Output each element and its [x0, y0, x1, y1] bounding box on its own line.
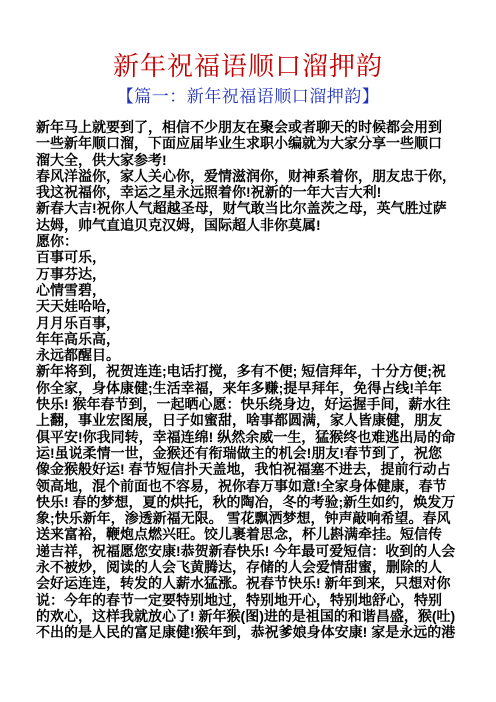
body-line: 你全家，身体康健;生活幸福，来年多赚;提早拜年，免得占线!羊年 [36, 380, 468, 396]
body-line: 月月乐百事， [36, 315, 468, 331]
body-line: 永不被炒，阅读的人会飞黄腾达，存储的人会爱情甜蜜，删除的人 [36, 559, 468, 575]
body-line: 的欢心，这样我就放心了! 新年猴(图)进的是祖国的和谐昌盛，猴(吐) [36, 608, 468, 624]
body-line: 递吉祥，祝福愿您安康!恭贺新春快乐! 今年最可爱短信：收到的人会 [36, 543, 468, 559]
body-line: 达姆，帅气直追贝克汉姆，国际超人非你莫属! [36, 217, 468, 233]
body-line: 溜大全，供大家参考! [36, 152, 468, 168]
section-heading: 【篇一：新年祝福语顺口溜押韵】 [0, 86, 496, 108]
body-line: 快乐! 春的梦想，夏的烘托，秋的陶冶，冬的考验;新生如约，焕发万 [36, 494, 468, 510]
body-line: 快乐! 猴年春节到，一起晒心愿：快乐绕身边，好运握手间，薪水往 [36, 396, 468, 412]
body-line: 俱平安!你我同转，幸福连绵! 纵然余威一生，猛猴终也难逃出局的命 [36, 429, 468, 445]
body-line: 新春大吉!祝你人气超越圣母，财气敢当比尔盖茨之母，英气胜过萨 [36, 200, 468, 216]
document-title: 新年祝福语顺口溜押韵 [0, 50, 496, 84]
body-text: 新年马上就要到了，相信不少朋友在聚会或者聊天的时候都会用到一些新年顺口溜，下面应… [36, 119, 468, 641]
body-line: 象;快乐新年，渗透新福无限。 雪花飘洒梦想，钟声敲响希望。春风 [36, 510, 468, 526]
body-line: 运!虽说柔情一世，金猴还有衔瑞做主的机会!朋友!春节到了，祝您 [36, 445, 468, 461]
body-line: 领高地，混个前面也不容易，祝你春万事如意!全家身体健康，春节 [36, 478, 468, 494]
body-line: 一些新年顺口溜，下面应届毕业生求职小编就为大家分享一些顺口 [36, 135, 468, 151]
body-line: 新年马上就要到了，相信不少朋友在聚会或者聊天的时候都会用到 [36, 119, 468, 135]
body-line: 春风洋溢你，家人关心你，爱情滋润你，财神系着你，朋友忠于你， [36, 168, 468, 184]
body-line: 不出的是人民的富足康健!猴年到，恭祝爹娘身体安康! 家是永远的港 [36, 624, 468, 640]
body-line: 我这祝福你，幸运之星永远照着你!祝新的一年大吉大利! [36, 184, 468, 200]
body-line: 心情雪碧， [36, 282, 468, 298]
body-line: 上翻，事业宏图展，日子如蜜甜，啥事都圆满，家人皆康健，朋友 [36, 412, 468, 428]
body-line: 新年将到，祝贺连连;电话打搅，多有不便; 短信拜年，十分方便;祝 [36, 363, 468, 379]
body-line: 年年高乐高， [36, 331, 468, 347]
body-line: 永远都醒目。 [36, 347, 468, 363]
body-line: 百事可乐， [36, 249, 468, 265]
body-line: 像金猴般好运! 春节短信扑天盖地，我怕祝福塞不进去，提前行动占 [36, 461, 468, 477]
document-page: 新年祝福语顺口溜押韵 【篇一：新年祝福语顺口溜押韵】 新年马上就要到了，相信不少… [0, 0, 496, 702]
body-line: 说：今年的春节一定要特别地过，特别地开心，特别地舒心，特别 [36, 592, 468, 608]
body-line: 天天娃哈哈， [36, 298, 468, 314]
body-line: 送来富裕，鞭炮点燃兴旺。饺儿裹着思念，杯儿斟满牵挂。短信传 [36, 526, 468, 542]
body-line: 万事芬达， [36, 266, 468, 282]
body-line: 愿你： [36, 233, 468, 249]
body-line: 会好运连连，转发的人薪水猛涨。祝春节快乐! 新年到来，只想对你 [36, 575, 468, 591]
